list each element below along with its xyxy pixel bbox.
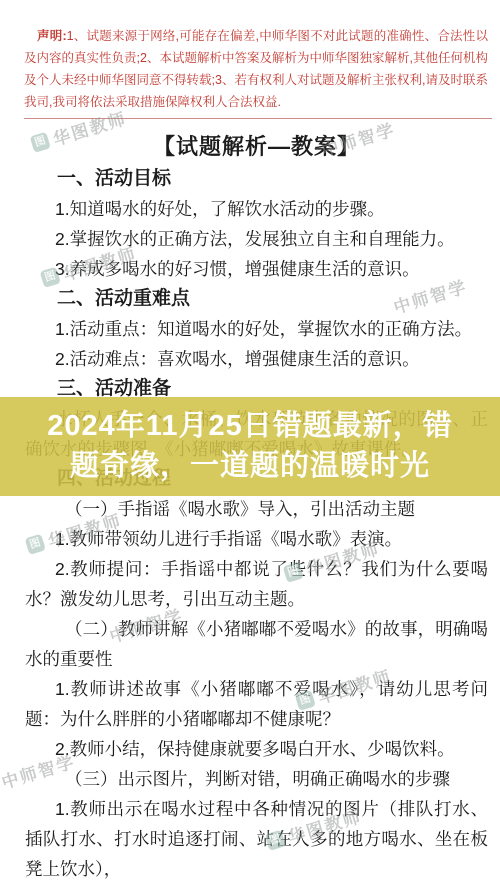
paragraph: （一）手指谣《喝水歌》导入，引出活动主题 — [25, 494, 488, 524]
paragraph: （二）教师讲解《小猪嘟嘟不爱喝水》的故事，明确喝水的重要性 — [25, 614, 488, 674]
document-page: 图华图教师中师智学图华图教师中师智学图华图教师图华图教师中师智学图华图教师中师智… — [0, 0, 500, 891]
paragraph: 1.知道喝水的好处，了解饮水活动的步骤。 — [25, 194, 488, 224]
disclaimer-label: 声明: — [37, 29, 67, 43]
lesson-plan-document: 【试题解析—教案】 一、活动目标1.知道喝水的好处，了解饮水活动的步骤。2.掌握… — [0, 130, 500, 884]
disclaimer-text: 声明:1、试题来源于网络,可能存在偏差,中师华图不对此试题的准确性、合法性以及内… — [24, 25, 488, 113]
paragraph: （三）出示图片，判断对错，明确正确喝水的步骤 — [25, 764, 488, 794]
paragraph: 2.掌握饮水的正确方法，发展独立自主和自理能力。 — [25, 224, 488, 254]
disclaimer-body: 1、试题来源于网络,可能存在偏差,中师华图不对此试题的准确性、合法性以及内容的真… — [24, 29, 488, 109]
paragraph: 3.养成多喝水的好习惯，增强健康生活的意识。 — [25, 254, 488, 284]
overlay-title-line1: 2024年11月25日错题最新，错 — [0, 406, 500, 446]
paragraph: 2.教师提问：手指谣中都说了些什么？我们为什么要喝水？激发幼儿思考，引出互动主题… — [25, 554, 488, 614]
document-title: 【试题解析—教案】 — [25, 130, 488, 161]
paragraph: 1.教师带领幼儿进行手指谣《喝水歌》表演。 — [25, 524, 488, 554]
overlay-banner-title: 2024年11月25日错题最新，错 题奇缘，一道题的温暖时光 — [0, 397, 500, 486]
overlay-banner: 2024年11月25日错题最新，错 题奇缘，一道题的温暖时光 — [0, 397, 500, 496]
paragraph: 1.教师讲述故事《小猪嘟嘟不爱喝水》，请幼儿思考问题：为什么胖胖的小猪嘟嘟却不健… — [25, 674, 488, 734]
paragraph: 2.活动难点：喜欢喝水，增强健康生活的意识。 — [25, 344, 488, 374]
paragraph: 1.教师出示在喝水过程中各种情况的图片（排队打水、插队打水、打水时追逐打闹、站在… — [25, 794, 488, 884]
overlay-title-line2: 题奇缘，一道题的温暖时光 — [0, 446, 500, 486]
paragraph: 1.活动重点：知道喝水的好处，掌握饮水的正确方法。 — [25, 314, 488, 344]
section-heading: 一、活动目标 — [25, 164, 488, 194]
paragraph: 2.教师小结，保持健康就要多喝白开水、少喝饮料。 — [25, 734, 488, 764]
section-heading: 二、活动重难点 — [25, 284, 488, 314]
separator-line — [24, 118, 492, 119]
document-body: 一、活动目标1.知道喝水的好处，了解饮水活动的步骤。2.掌握饮水的正确方法，发展… — [25, 164, 488, 884]
